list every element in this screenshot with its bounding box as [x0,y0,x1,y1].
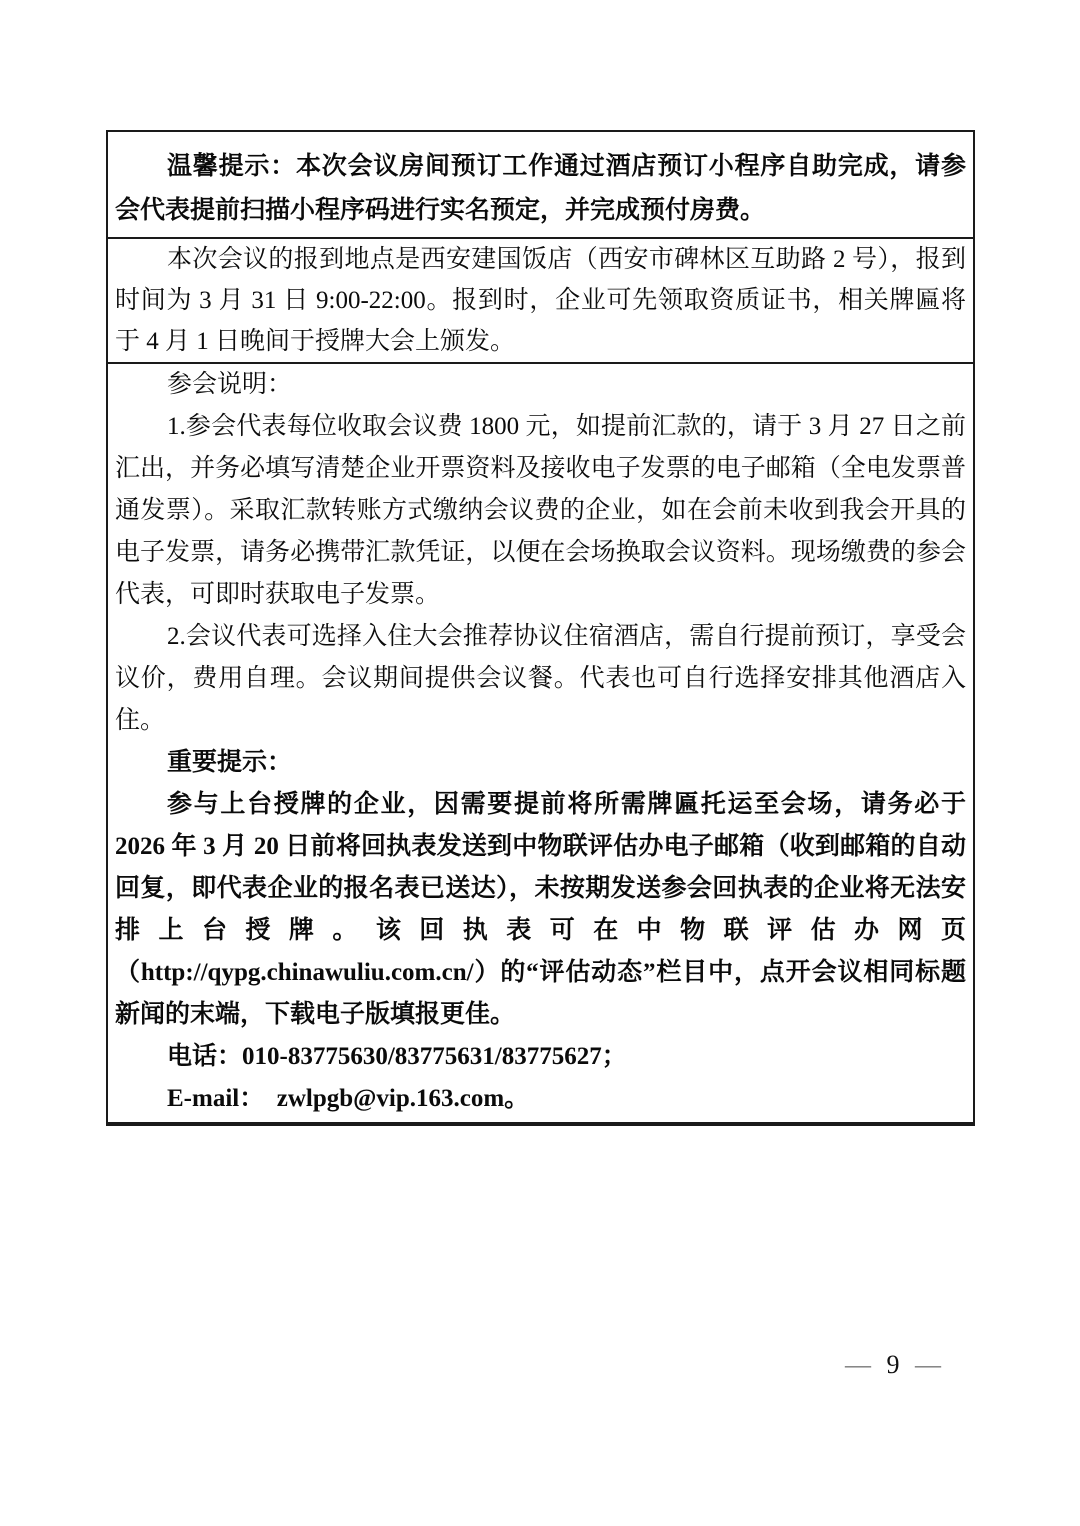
notice-row-reminder: 温馨提示：本次会议房间预订工作通过酒店预订小程序自助完成，请参会代表提前扫描小程… [108,132,973,237]
important-note-title: 重要提示： [115,742,966,784]
page-number-dash-left: — [845,1350,871,1379]
important-note-body: 参与上台授牌的企业，因需要提前将所需牌匾托运至会场，请务必于 2026 年 3 … [115,784,966,1036]
page-number-dash-right: — [915,1350,941,1379]
page-number: — 9 — [828,1350,958,1380]
page-number-value: 9 [887,1350,900,1379]
phone-line: 电话：010-83775630/83775631/83775627； [115,1036,966,1078]
instructions-title: 参会说明： [115,364,966,406]
instructions-item-hotel: 2.会议代表可选择入住大会推荐协议住宿酒店，需自行提前预订，享受会议价，费用自理… [115,616,966,742]
notice-row-checkin: 本次会议的报到地点是西安建国饭店（西安市碑林区互助路 2 号），报到时间为 3 … [108,237,973,362]
email-line: E-mail： zwlpgb@vip.163.com。 [115,1078,966,1120]
notice-row-instructions: 参会说明： 1.参会代表每位收取会议费 1800 元，如提前汇款的，请于 3 月… [108,362,973,1122]
checkin-info-paragraph: 本次会议的报到地点是西安建国饭店（西安市碑林区互助路 2 号），报到时间为 3 … [115,239,966,362]
instructions-item-fee: 1.参会代表每位收取会议费 1800 元，如提前汇款的，请于 3 月 27 日之… [115,406,966,616]
notice-box: 温馨提示：本次会议房间预订工作通过酒店预订小程序自助完成，请参会代表提前扫描小程… [106,130,975,1126]
reminder-paragraph: 温馨提示：本次会议房间预订工作通过酒店预订小程序自助完成，请参会代表提前扫描小程… [115,145,966,233]
document-page: { "document": { "reminder_box": { "remin… [0,0,1080,1526]
